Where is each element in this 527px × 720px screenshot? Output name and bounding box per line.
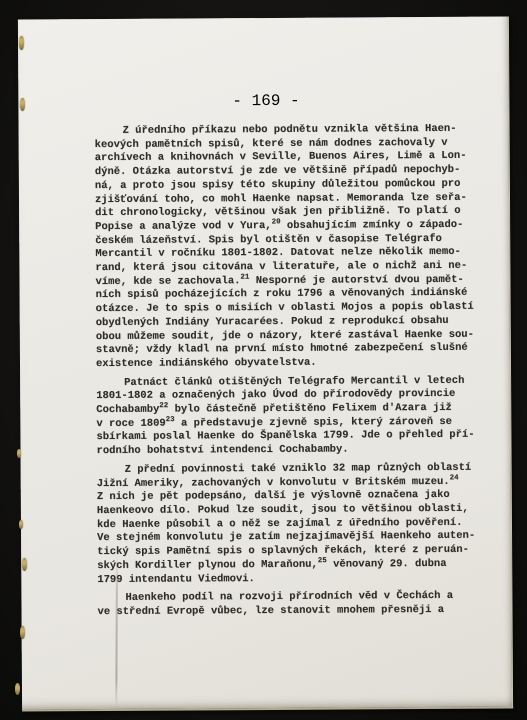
text-line: rodního bohatství intendenci Cochabamby. bbox=[96, 443, 494, 459]
paragraph: Z přední povinnosti také vzniklo 32 map … bbox=[97, 461, 496, 587]
document-page: - 169 - Z úředního příkazu nebo podnětu … bbox=[18, 17, 513, 712]
footnote-ref: 22 bbox=[159, 402, 168, 410]
paragraph: Patnáct článků otištěných Telégrafo Merc… bbox=[96, 374, 494, 459]
page-number: - 169 - bbox=[232, 92, 299, 110]
text-line: ve střední Evropě vůbec, lze stanovit mn… bbox=[97, 604, 495, 620]
binding-mark bbox=[19, 36, 24, 50]
text-line: existence indiánského obyvatelstva. bbox=[96, 356, 494, 372]
text-line: 1799 intendantu Viedmovi. bbox=[97, 571, 495, 587]
paragraph: Z úředního příkazu nebo podnětu vznikla … bbox=[95, 123, 494, 372]
binding-mark bbox=[19, 520, 23, 529]
text-line: stavně; vždy kladl na první místo hmotné… bbox=[96, 342, 494, 358]
footnote-ref: 23 bbox=[166, 416, 175, 424]
paragraph: Haenkeho podíl na rozvoji přírodních věd… bbox=[97, 590, 495, 620]
text-line: ských Kordiller plynou do Maraňonu,25 vě… bbox=[97, 557, 495, 573]
paper-crease bbox=[115, 554, 118, 709]
photo-background: - 169 - Z úředního příkazu nebo podnětu … bbox=[0, 0, 527, 720]
text-line: sbírkami poslal Haenke do Španělska 1799… bbox=[96, 429, 494, 445]
binding-mark bbox=[20, 98, 25, 111]
binding-mark bbox=[15, 683, 20, 695]
footnote-ref: 25 bbox=[318, 557, 327, 565]
text-block: Z úředního příkazu nebo podnětu vznikla … bbox=[95, 123, 496, 625]
binding-mark bbox=[17, 449, 21, 458]
binding-mark bbox=[20, 626, 25, 639]
footnote-ref: 20 bbox=[272, 218, 281, 226]
footnote-ref: 24 bbox=[450, 474, 459, 482]
binding-mark bbox=[22, 558, 27, 571]
footnote-ref: 21 bbox=[240, 273, 249, 281]
